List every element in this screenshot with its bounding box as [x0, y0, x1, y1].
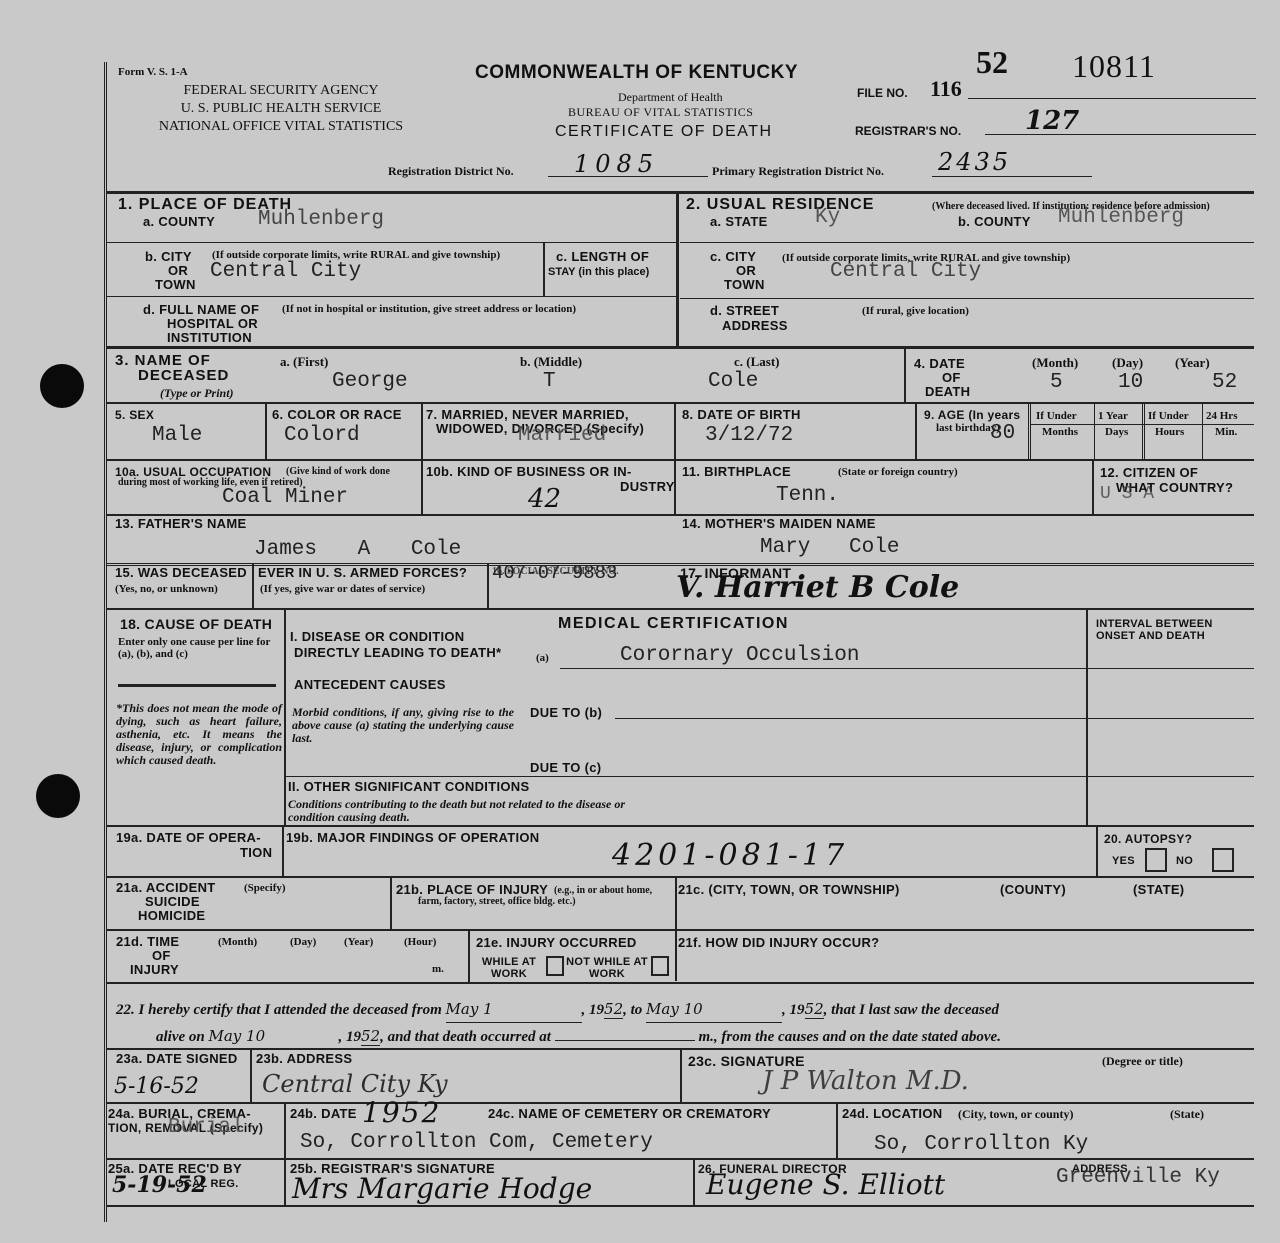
hospital-label-2: HOSPITAL OR — [167, 317, 258, 331]
pod-city-value: Central City — [210, 260, 361, 283]
burial-value: Burial — [168, 1116, 244, 1139]
burial-date-label: 24b. DATE — [290, 1107, 357, 1121]
hours-label: Hours — [1155, 426, 1184, 438]
certify-to: , to — [623, 1002, 642, 1018]
armed-forces-note-2: (If yes, give war or dates of service) — [260, 583, 425, 595]
stay-label: c. LENGTH OF — [556, 250, 649, 264]
other-conditions-note: Conditions contributing to the death but… — [288, 798, 628, 824]
cause-a-label: (a) — [536, 652, 549, 664]
injury-hour-label: (Hour) — [404, 936, 436, 948]
primary-district-label: Primary Registration District No. — [712, 164, 884, 179]
registrar-no-label: REGISTRAR'S NO. — [855, 124, 961, 138]
burial-location-label: 24d. LOCATION — [842, 1107, 942, 1121]
agency-line-1: FEDERAL SECURITY AGENCY — [116, 82, 446, 100]
armed-forces-label-2: EVER IN U. S. ARMED FORCES? — [258, 566, 467, 580]
res-street-label-2: ADDRESS — [722, 319, 788, 333]
degree-label: (Degree or title) — [1102, 1055, 1183, 1067]
hospital-label: d. FULL NAME OF — [143, 303, 259, 317]
under-24-hrs-label-2: 24 Hrs — [1206, 410, 1237, 422]
injury-time-label: 21d. TIME — [116, 935, 179, 949]
armed-forces-label: 15. WAS DECEASED — [115, 566, 247, 580]
birthplace-note: (State or foreign country) — [838, 466, 958, 478]
ssn-value: 407-07-9883 — [492, 562, 617, 584]
autopsy-yes-checkbox[interactable] — [1145, 848, 1167, 872]
business-label-2: DUSTRY — [620, 480, 675, 494]
cause-label: 18. CAUSE OF DEATH — [120, 617, 272, 631]
certify-comma-1: , 19 — [582, 1002, 605, 1018]
form-number: Form V. S. 1-A — [118, 66, 188, 78]
marital-label: 7. MARRIED, NEVER MARRIED, — [426, 408, 629, 422]
dod-year-label: (Year) — [1175, 357, 1210, 369]
hospital-note: (If not in hospital or institution, give… — [282, 303, 662, 315]
father-label: 13. FATHER'S NAME — [115, 517, 246, 531]
dod-month-value: 5 — [1050, 371, 1063, 394]
min-label: Min. — [1215, 426, 1237, 438]
certify-statement: 22. I hereby certify that I attended the… — [116, 996, 1256, 1050]
funeral-address-value: Greenville Ky — [1056, 1166, 1220, 1189]
injury-city-label: 21c. (CITY, TOWN, OR TOWNSHIP) — [678, 883, 900, 897]
birthplace-value: Tenn. — [776, 484, 839, 507]
accident-label: 21a. ACCIDENT — [116, 881, 216, 895]
burial-location-value: So, Corrollton Ky — [874, 1133, 1088, 1156]
autopsy-no-label: NO — [1176, 854, 1193, 868]
date-signed-value: 5-16-52 — [114, 1074, 199, 1099]
injury-time-label-3: INJURY — [130, 963, 179, 977]
homicide-label: HOMICIDE — [138, 909, 205, 923]
citizen-label: 12. CITIZEN OF — [1100, 466, 1198, 480]
dod-year-value: 52 — [1212, 371, 1237, 394]
registrar-signature: Mrs Margarie Hodge — [292, 1172, 592, 1205]
pod-city-or: OR — [168, 264, 188, 278]
dod-day-value: 10 — [1118, 371, 1143, 394]
funeral-director-value: Eugene S. Elliott — [706, 1168, 945, 1201]
res-city-town: TOWN — [724, 278, 765, 292]
age-value: 80 — [990, 422, 1015, 445]
pod-city-town: TOWN — [155, 278, 196, 292]
how-injury-label: 21f. HOW DID INJURY OCCUR? — [678, 936, 879, 950]
middle-name-value: T — [543, 370, 556, 393]
reg-district-label: Registration District No. — [388, 164, 514, 179]
res-county-value: Muhlenberg — [1058, 206, 1184, 229]
attended-from-date: May 1 — [446, 996, 582, 1023]
injury-state-label: (STATE) — [1133, 883, 1184, 897]
autopsy-yes-label: YES — [1112, 854, 1135, 868]
other-conditions-label: II. OTHER SIGNIFICANT CONDITIONS — [288, 780, 529, 794]
file-no-label: FILE NO. — [857, 86, 908, 100]
pod-city-label: b. CITY — [145, 250, 192, 264]
agency-line-3: NATIONAL OFFICE VITAL STATISTICS — [116, 118, 446, 136]
under-1-year-label: If Under — [1036, 410, 1077, 422]
dod-label-3: DEATH — [925, 385, 970, 399]
mother-label: 14. MOTHER'S MAIDEN NAME — [682, 517, 876, 531]
certificate-title: CERTIFICATE OF DEATH — [555, 123, 773, 141]
race-label: 6. COLOR OR RACE — [272, 408, 402, 422]
attended-to-date: May 10 — [646, 996, 782, 1023]
reg-district: 1085 — [574, 150, 659, 178]
alive-on-date: May 10 — [209, 1023, 339, 1050]
business-label: 10b. KIND OF BUSINESS OR IN- — [426, 465, 632, 479]
cemetery-label: 24c. NAME OF CEMETERY OR CREMATORY — [488, 1107, 771, 1121]
suicide-label: SUICIDE — [145, 895, 200, 909]
injury-time-label-2: OF — [152, 949, 171, 963]
injury-occurred-label: 21e. INJURY OCCURRED — [476, 936, 637, 950]
operation-date-label: 19a. DATE OF OPERA- — [116, 831, 261, 845]
date-signed-label: 23a. DATE SIGNED — [116, 1052, 238, 1066]
injury-m-label: m. — [432, 963, 444, 975]
first-name-label: a. (First) — [280, 356, 328, 368]
deceased-label-2: DECEASED — [138, 369, 229, 383]
medical-certification-label: MEDICAL CERTIFICATION — [558, 617, 789, 631]
physician-signature: J P Walton M.D. — [762, 1066, 969, 1096]
res-state-label: a. STATE — [710, 215, 768, 229]
dod-day-label: (Day) — [1112, 357, 1143, 369]
burial-date-value: 1952 — [362, 1096, 441, 1129]
stay-note: STAY (in this place) — [548, 266, 649, 278]
occupation-note: (Give kind of work done during most of w… — [118, 466, 418, 488]
res-street-note: (If rural, give location) — [862, 305, 969, 317]
mother-value: Mary Cole — [760, 536, 899, 559]
while-at-work-label: WHILE AT WORK — [472, 956, 546, 980]
hole-punch-bottom — [36, 774, 80, 818]
state-title: COMMONWEALTH OF KENTUCKY — [475, 62, 798, 84]
sex-value: Male — [152, 424, 202, 447]
injury-month-label: (Month) — [218, 936, 257, 948]
father-value: James A Cole — [254, 538, 461, 561]
cause-footnote: *This does not mean the mode of dying, s… — [116, 702, 282, 767]
certify-line-2a: alive on — [156, 1029, 205, 1045]
occupation-value: Coal Miner — [222, 486, 348, 509]
months-label: Months — [1042, 426, 1078, 438]
race-value: Colord — [284, 424, 360, 447]
res-city-or: OR — [736, 264, 756, 278]
hole-punch-top — [40, 364, 84, 408]
date-received-value: 5-19-52 — [112, 1172, 207, 1198]
days-label: Days — [1105, 426, 1128, 438]
pod-county-value: Muhlenberg — [258, 208, 384, 231]
res-city-value: Central City — [830, 260, 981, 283]
burial-state-label: (State) — [1170, 1108, 1204, 1120]
birth-date-label: 8. DATE OF BIRTH — [682, 408, 801, 422]
pod-county-label: a. COUNTY — [143, 215, 215, 229]
dod-label: 4. DATE — [914, 357, 965, 371]
injury-year-label: (Year) — [344, 936, 373, 948]
citizen-value: U S A — [1100, 484, 1154, 504]
under-24-hrs-label: If Under — [1148, 410, 1189, 422]
business-value: 42 — [528, 484, 561, 514]
certify-line-2c: m., from the causes and on the date stat… — [698, 1029, 1001, 1045]
last-name-label: c. (Last) — [734, 356, 780, 368]
res-county-label: b. COUNTY — [958, 215, 1031, 229]
attended-to-year: 52 — [805, 1000, 824, 1019]
attended-from-year: 52 — [604, 1000, 623, 1019]
file-no: 116 — [930, 76, 962, 102]
dod-month-label: (Month) — [1032, 357, 1078, 369]
last-name-value: Cole — [708, 370, 758, 393]
autopsy-label: 20. AUTOPSY? — [1104, 832, 1192, 846]
cause-a-value: Corornary Occulsion — [620, 644, 859, 667]
under-1-year-label-2: 1 Year — [1098, 410, 1128, 422]
while-at-work-checkbox[interactable] — [546, 956, 564, 976]
bureau: BUREAU OF VITAL STATISTICS — [568, 105, 753, 120]
antecedent-note: Morbid conditions, if any, giving rise t… — [292, 706, 514, 745]
deceased-label: 3. NAME OF — [115, 354, 211, 368]
age-label: 9. AGE (In years — [924, 408, 1020, 422]
part-1-label: I. DISEASE OR CONDITION — [290, 630, 464, 644]
alive-on-year: 52 — [361, 1027, 380, 1046]
operation-findings-handwritten: 4201-081-17 — [612, 838, 848, 873]
operation-findings-label: 19b. MAJOR FINDINGS OF OPERATION — [286, 831, 540, 845]
interval-label: INTERVAL BETWEEN ONSET AND DEATH — [1096, 618, 1248, 642]
registrar-no: 127 — [1025, 106, 1079, 136]
operation-date-label-2: TION — [240, 846, 272, 860]
res-street-label: d. STREET — [710, 304, 779, 318]
deceased-label-3: (Type or Print) — [160, 387, 234, 400]
cemetery-value: So, Corrollton Com, Cemetery — [300, 1131, 653, 1154]
middle-name-label: b. (Middle) — [520, 356, 582, 368]
informant-value: V. Harriet B Cole — [676, 570, 959, 605]
certify-line-2b: , and that death occurred at — [380, 1029, 551, 1045]
sex-label: 5. SEX — [115, 408, 154, 422]
dod-label-2: OF — [942, 371, 961, 385]
accident-specify: (Specify) — [244, 882, 286, 894]
certify-line-1a: 22. I hereby certify that I attended the… — [116, 1002, 442, 1018]
certify-comma-2: , 19 — [782, 1002, 805, 1018]
armed-forces-note: (Yes, no, or unknown) — [115, 583, 218, 595]
agency-line-2: U. S. PUBLIC HEALTH SERVICE — [116, 100, 446, 118]
stamp-number: 10811 — [1072, 48, 1156, 85]
antecedent-label: ANTECEDENT CAUSES — [294, 678, 446, 692]
physician-address-value: Central City Ky — [262, 1070, 448, 1098]
residence-label: 2. USUAL RESIDENCE — [686, 198, 874, 212]
not-while-at-work-checkbox[interactable] — [651, 956, 669, 976]
injury-day-label: (Day) — [290, 936, 316, 948]
certify-line-1b: , that I last saw the deceased — [824, 1002, 999, 1018]
stamp-year: 52 — [976, 44, 1008, 81]
hospital-label-3: INSTITUTION — [167, 331, 252, 345]
marital-value: Married — [518, 424, 606, 447]
certify-comma-3: , 19 — [339, 1029, 362, 1045]
department: Department of Health — [618, 90, 723, 105]
first-name-value: George — [332, 370, 408, 393]
physician-address-label: 23b. ADDRESS — [256, 1052, 352, 1066]
injury-county-label: (COUNTY) — [1000, 883, 1066, 897]
burial-location-note: (City, town, or county) — [958, 1108, 1073, 1120]
cause-b-label: DUE TO (b) — [530, 706, 602, 720]
birthplace-label: 11. BIRTHPLACE — [682, 465, 791, 479]
res-state-value: Ky — [815, 206, 840, 229]
cause-c-label: DUE TO (c) — [530, 761, 601, 775]
part-1-label-2: DIRECTLY LEADING TO DEATH* — [294, 646, 501, 660]
injury-place-note: (e.g., in or about home, farm, factory, … — [418, 885, 674, 907]
not-while-at-work-label: NOT WHILE AT WORK — [564, 956, 650, 980]
cause-instruction: Enter only one cause per line for (a), (… — [118, 636, 282, 660]
res-city-label: c. CITY — [710, 250, 756, 264]
primary-district: 2435 — [938, 148, 1011, 176]
agency-block: FEDERAL SECURITY AGENCY U. S. PUBLIC HEA… — [116, 82, 446, 136]
birth-date-value: 3/12/72 — [705, 424, 793, 447]
autopsy-no-checkbox[interactable] — [1212, 848, 1234, 872]
